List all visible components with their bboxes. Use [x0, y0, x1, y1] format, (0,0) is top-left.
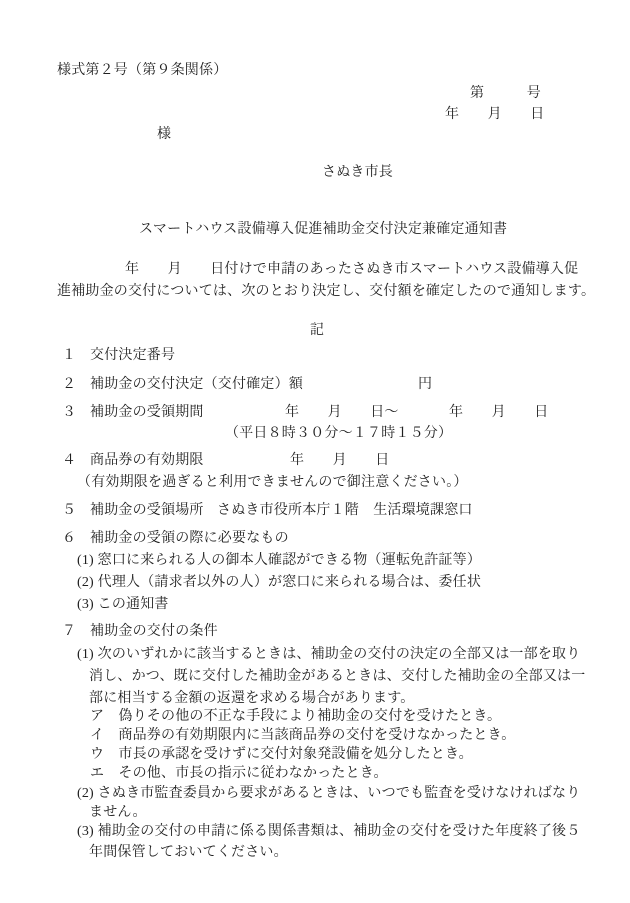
item-7-sub-2-line-1: (2) さぬき市監査委員から要求があるときは、いつでも監査を受けなければなり	[77, 785, 580, 802]
item-4-number: ４	[62, 452, 76, 469]
item-4-date: 年 月 日	[290, 452, 389, 469]
item-1-number: １	[62, 347, 76, 364]
item-3-number: ３	[62, 404, 76, 421]
item-6-sub-1: (1) 窓口に来られる人の御本人確認ができる物（運転免許証等）	[77, 552, 481, 569]
item-7-sub-1-clause-a: ア 偽りその他の不正な手段により補助金の交付を受けたとき。	[90, 708, 501, 725]
item-4-label: 商品券の有効期限	[90, 452, 204, 469]
addressee-honorific: 様	[157, 126, 171, 143]
item-3-label: 補助金の受領期間	[90, 404, 204, 421]
item-2-label: 補助金の交付決定（交付確定）額	[90, 376, 303, 393]
item-7-sub-3-line-1: (3) 補助金の交付の申請に係る関係書類は、補助金の交付を受けた年度終了後５	[77, 823, 580, 840]
document-page: 様式第２号（第９条関係） 第 号 年 月 日 様 さぬき市長 スマートハウス設備…	[0, 0, 630, 903]
item-7-label: 補助金の交付の条件	[90, 623, 218, 640]
body-paragraph-line-2: 進補助金の交付については、次のとおり決定し、交付額を確定したので通知します。	[57, 283, 595, 300]
item-7-sub-1-clause-c: ウ 市長の承認を受けずに交付対象発設備を処分したとき。	[90, 746, 473, 763]
record-marker: 記	[310, 322, 324, 339]
item-5-value: さぬき市役所本庁１階 生活環境課窓口	[217, 502, 473, 519]
item-6-number: ６	[62, 530, 76, 547]
item-4-note: （有効期限を過ぎると利用できませんので御注意ください。）	[77, 474, 468, 491]
item-7-sub-1-line-1: (1) 次のいずれかに該当するときは、補助金の交付の決定の全部又は一部を取り	[77, 646, 580, 663]
item-1-label: 交付決定番号	[90, 347, 175, 364]
item-7-sub-1-clause-d: エ その他、市長の指示に従わなかったとき。	[90, 765, 388, 782]
item-3-note: （平日８時３０分～１７時１５分）	[225, 425, 452, 442]
item-7-sub-1-clause-b: イ 商品券の有効期限内に当該商品券の交付を受けなかったとき。	[90, 727, 515, 744]
document-date-line: 年 月 日	[445, 106, 544, 123]
item-2-unit: 円	[418, 376, 432, 393]
item-5-label: 補助金の受領場所	[90, 502, 204, 519]
item-3-period-to: 年 月 日	[449, 404, 548, 421]
item-5-number: ５	[62, 502, 76, 519]
sender-name: さぬき市長	[322, 164, 393, 181]
item-3-period-from: 年 月 日～	[285, 404, 399, 421]
item-6-sub-3: (3) この通知書	[77, 596, 169, 613]
item-2-number: ２	[62, 376, 76, 393]
item-6-sub-2: (2) 代理人（請求者以外の人）が窓口に来られる場合は、委任状	[77, 574, 481, 591]
item-7-number: ７	[62, 623, 76, 640]
item-7-sub-1-line-2: 消し、かつ、既に交付した補助金があるときは、交付した補助金の全部又は一	[89, 668, 585, 685]
document-title: スマートハウス設備導入促進補助金交付決定兼確定通知書	[139, 221, 507, 238]
document-number-line: 第 号	[470, 85, 541, 102]
item-7-sub-2-line-2: ません。	[89, 804, 147, 821]
item-6-label: 補助金の受領の際に必要なもの	[90, 530, 289, 547]
body-paragraph-line-1: 年 月 日付けで申請のあったさぬき市スマートハウス設備導入促	[125, 261, 578, 278]
item-7-sub-3-line-2: 年間保管しておいてください。	[89, 844, 288, 861]
item-7-sub-1-line-3: 部に相当する金額の返還を求める場合があります。	[89, 690, 414, 707]
form-number-label: 様式第２号（第９条関係）	[57, 62, 227, 79]
